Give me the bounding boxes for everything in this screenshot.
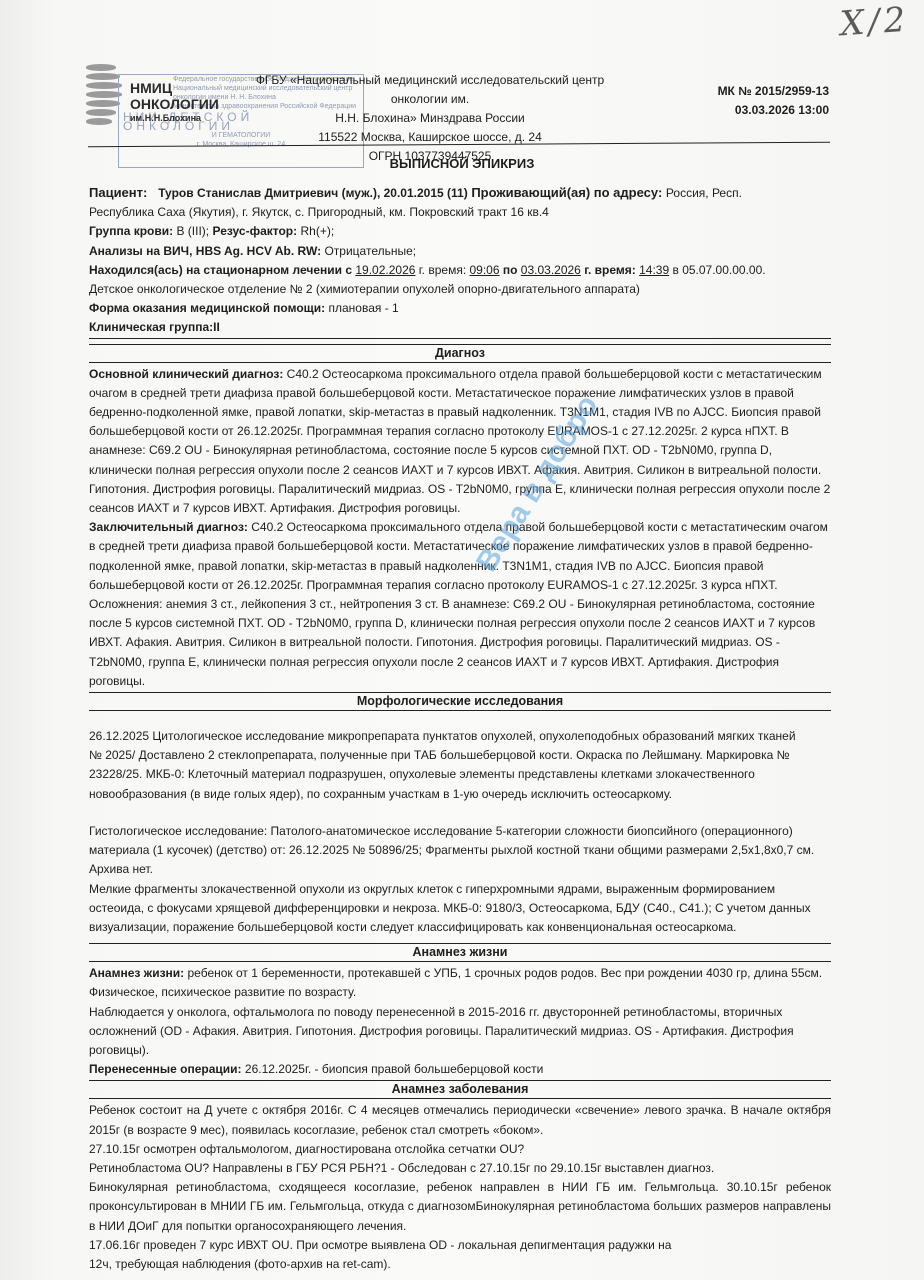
life-history-text: Анамнез жизни: ребенок от 1 беременности… <box>89 964 831 1002</box>
care-form-line: Форма оказания медицинской помощи: плано… <box>89 299 831 318</box>
record-datetime: 03.03.2026 13:00 <box>718 101 829 120</box>
document-body: Пациент: Туров Станислав Дмитриевич (муж… <box>89 183 831 1274</box>
section-header-morphology: Морфологические исследования <box>89 692 831 711</box>
record-number-block: МК № 2015/2959-13 03.03.2026 13:00 <box>718 82 829 120</box>
document-page: X/2 Федеральное государственное бюджетно… <box>0 0 924 1280</box>
patient-name: Туров Станислав Дмитриевич (муж.), 20.01… <box>158 186 468 200</box>
cytology-text: № 2025/ Доставлено 2 стеклопрепарата, по… <box>89 746 831 804</box>
department: Детское онкологическое отделение № 2 (хи… <box>89 280 831 299</box>
section-header-disease-history: Анамнез заболевания <box>89 1080 831 1099</box>
life-history-observation: Наблюдается у онколога, офтальмолога по … <box>89 1003 831 1061</box>
disease-history-p4: Бинокулярная ретинобластома, сходящееся … <box>89 1178 831 1236</box>
logo-text: НМИЦ ОНКОЛОГИИ им.Н.Н.Блохина <box>130 80 219 124</box>
histology-text: Гистологическое исследование: Патолого-а… <box>89 822 831 880</box>
main-diagnosis: Основной клинический диагноз: C40.2 Осте… <box>89 365 831 519</box>
tests-line: Анализы на ВИЧ, HBS Ag. HCV Ab. RW: Отри… <box>89 242 831 261</box>
document-title: ВЫПИСНОЙ ЭПИКРИЗ <box>0 156 924 171</box>
clinical-group: Клиническая группа:II <box>89 318 831 338</box>
disease-history-p5: 17.06.16г проведен 7 курс ИВХТ OU. При о… <box>89 1236 831 1255</box>
past-operations: Перенесенные операции: 26.12.2025г. - би… <box>89 1060 831 1079</box>
blood-group-line: Группа крови: B (III); Резус-фактор: Rh(… <box>89 222 831 241</box>
disease-history-p1: Ребенок состоит на Д учете с октября 201… <box>89 1101 831 1139</box>
disease-history-p6: 12ч, требующая наблюдения (фото-архив на… <box>89 1255 831 1274</box>
organization-header: ФГБУ «Национальный медицинский исследова… <box>250 71 610 166</box>
disease-history-p2: 27.10.15г осмотрен офтальмологом, диагно… <box>89 1140 831 1159</box>
record-number: МК № 2015/2959-13 <box>718 82 829 101</box>
disease-history-p3: Ретинобластома OU? Направлены в ГБУ РСЯ … <box>89 1159 831 1178</box>
section-header-diagnosis: Диагноз <box>89 344 831 363</box>
handwritten-note: X/2 <box>839 0 911 44</box>
final-diagnosis: Заключительный диагноз: C40.2 Остеосарко… <box>89 518 831 691</box>
patient-address: Республика Саха (Якутия), г. Якутск, с. … <box>89 203 831 222</box>
histology-conclusion: Мелкие фрагменты злокачественной опухоли… <box>89 880 831 938</box>
cytology-title: 26.12.2025 Цитологическое исследование м… <box>89 727 831 746</box>
section-header-life-history: Анамнез жизни <box>89 943 831 962</box>
patient-line: Пациент: Туров Станислав Дмитриевич (муж… <box>89 183 831 203</box>
stay-line: Находился(ась) на стационарном лечении с… <box>89 261 831 280</box>
